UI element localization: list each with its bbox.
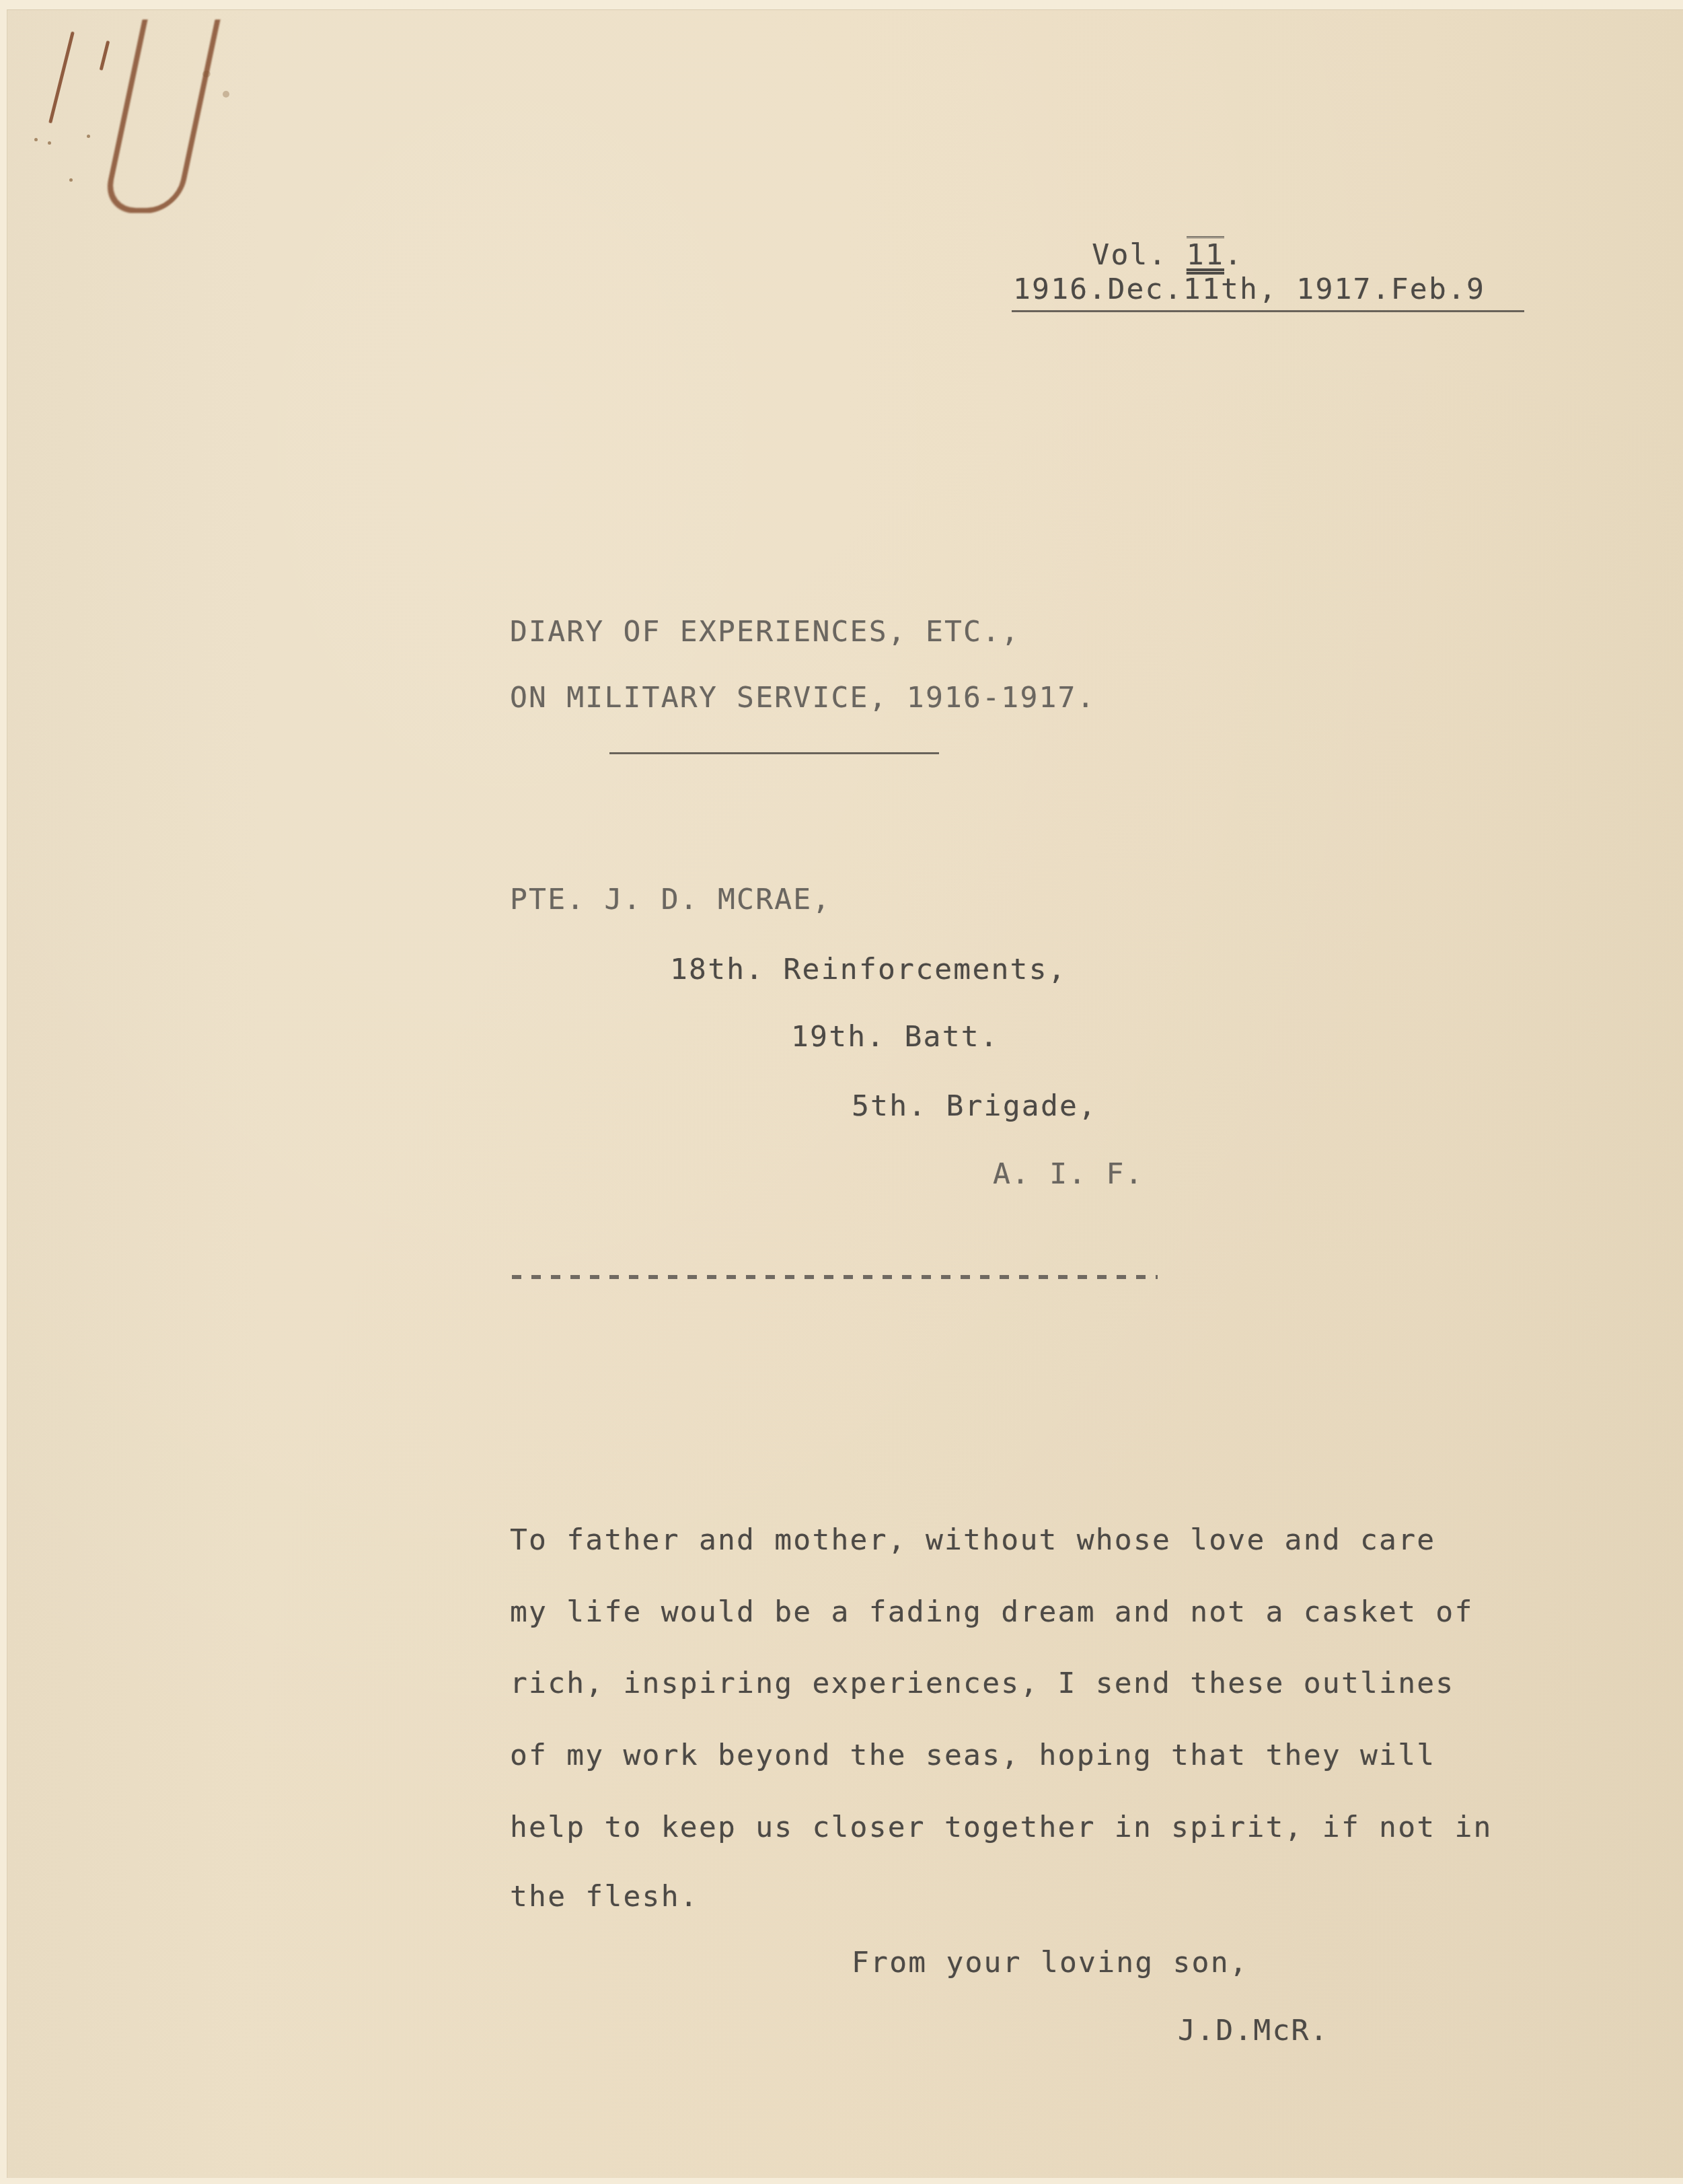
author-battalion: 19th. Batt. bbox=[791, 1023, 999, 1052]
author-brigade: 5th. Brigade, bbox=[852, 1092, 1097, 1121]
date-range: 1916.Dec.11th, 1917.Feb.9 bbox=[1013, 275, 1485, 304]
dedication-line: the flesh. bbox=[510, 1883, 699, 1912]
title-line-2: ON MILITARY SERVICE, 1916-1917. bbox=[510, 684, 1096, 713]
volume-suffix: . bbox=[1224, 238, 1243, 272]
volume-label: Vol. bbox=[1092, 238, 1186, 272]
dashed-separator bbox=[512, 1275, 1158, 1279]
author-unit: 18th. Reinforcements, bbox=[670, 955, 1067, 984]
document-page: Vol. 11. 1916.Dec.11th, 1917.Feb.9 DIARY… bbox=[7, 9, 1683, 2178]
title-underline bbox=[609, 752, 939, 754]
author-name: PTE. J. D. MCRAE, bbox=[510, 885, 831, 914]
date-range-underline bbox=[1012, 310, 1524, 312]
dedication-line: my life would be a fading dream and not … bbox=[510, 1598, 1474, 1627]
signature-initials: J.D.McR. bbox=[1178, 2016, 1329, 2045]
dedication-line: of my work beyond the seas, hoping that … bbox=[510, 1741, 1435, 1770]
closing-salutation: From your loving son, bbox=[852, 1949, 1248, 1977]
author-force: A. I. F. bbox=[993, 1160, 1144, 1189]
title-line-1: DIARY OF EXPERIENCES, ETC., bbox=[510, 618, 1020, 647]
dedication-line: rich, inspiring experiences, I send thes… bbox=[510, 1669, 1454, 1698]
volume-number: 11 bbox=[1187, 236, 1224, 272]
dedication-line: help to keep us closer together in spiri… bbox=[510, 1813, 1493, 1842]
dedication-line: To father and mother, without whose love… bbox=[510, 1526, 1435, 1555]
